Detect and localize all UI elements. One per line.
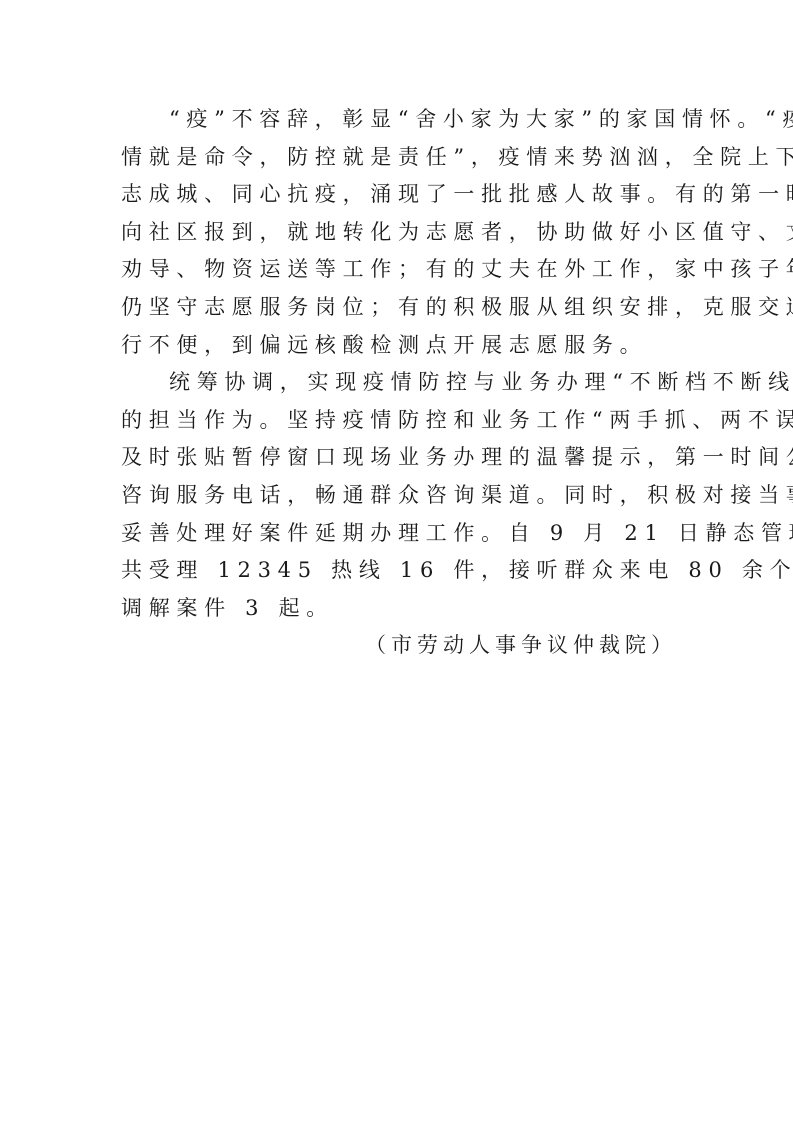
text-line: 及时张贴暂停窗口现场业务办理的温馨提示，第一时间公布 — [121, 439, 685, 477]
text-line: 向社区报到，就地转化为志愿者，协助做好小区值守、文明 — [121, 214, 685, 252]
text-line: 情就是命令，防控就是责任”，疫情来势汹汹，全院上下众 — [121, 139, 685, 177]
text-line: 调解案件 3 起。 — [121, 590, 685, 628]
text-line: 咨询服务电话，畅通群众咨询渠道。同时，积极对接当事人， — [121, 477, 685, 515]
author-signature: （市劳动人事争议仲裁院） — [121, 627, 685, 665]
text-line: “疫”不容辞，彰显“舍小家为大家”的家国情怀。“疫 — [121, 101, 685, 139]
document-page: “疫”不容辞，彰显“舍小家为大家”的家国情怀。“疫 情就是命令，防控就是责任”，… — [121, 101, 685, 665]
text-line: 共受理 12345 热线 16 件，接听群众来电 80 余个，线上成功 — [121, 552, 685, 590]
text-line: 志成城、同心抗疫，涌现了一批批感人故事。有的第一时间 — [121, 176, 685, 214]
text-line: 统筹协调，实现疫情防控与业务办理“不断档不断线” — [121, 364, 685, 402]
text-line: 妥善处理好案件延期办理工作。自 9 月 21 日静态管理以来， — [121, 515, 685, 553]
text-line: 行不便，到偏远核酸检测点开展志愿服务。 — [121, 327, 685, 365]
text-line: 的担当作为。坚持疫情防控和业务工作“两手抓、两不误”， — [121, 402, 685, 440]
paragraph-coordination: 统筹协调，实现疫情防控与业务办理“不断档不断线” 的担当作为。坚持疫情防控和业务… — [121, 364, 685, 627]
text-line: 仍坚守志愿服务岗位；有的积极服从组织安排，克服交通出 — [121, 289, 685, 327]
paragraph-volunteer: “疫”不容辞，彰显“舍小家为大家”的家国情怀。“疫 情就是命令，防控就是责任”，… — [121, 101, 685, 364]
text-line: 劝导、物资运送等工作；有的丈夫在外工作，家中孩子年幼， — [121, 251, 685, 289]
